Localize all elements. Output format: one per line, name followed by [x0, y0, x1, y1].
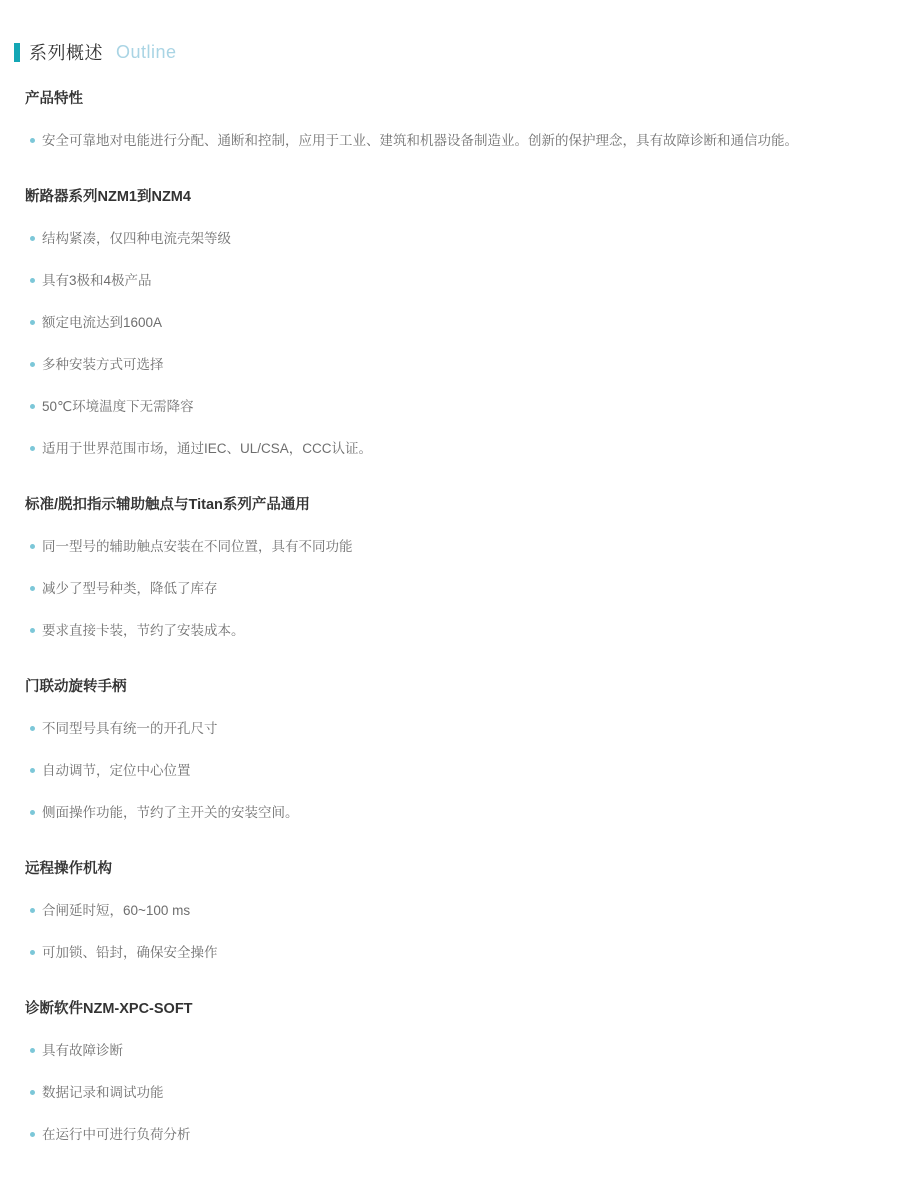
list-item: 安全可靠地对电能进行分配、通断和控制，应用于工业、建筑和机器设备制造业。创新的保… — [30, 131, 880, 151]
bullet-dot-icon — [30, 544, 35, 549]
bullet-dot-icon — [30, 810, 35, 815]
bullet-text: 在运行中可进行负荷分析 — [42, 1127, 191, 1142]
bullet-dot-icon — [30, 1132, 35, 1137]
section-heading: 产品特性 — [25, 89, 880, 109]
list-item: 50℃环境温度下无需降容 — [30, 397, 880, 417]
list-item: 数据记录和调试功能 — [30, 1083, 880, 1103]
bullet-text: 侧面操作功能，节约了主开关的安装空间。 — [42, 805, 299, 820]
feature-section: 诊断软件NZM-XPC-SOFT 具有故障诊断 数据记录和调试功能 在运行中可进… — [25, 999, 880, 1145]
content: 产品特性 安全可靠地对电能进行分配、通断和控制，应用于工业、建筑和机器设备制造业… — [14, 89, 880, 1145]
list-item: 自动调节，定位中心位置 — [30, 761, 880, 781]
section-heading: 远程操作机构 — [25, 859, 880, 879]
list-item: 合闸延时短，60~100 ms — [30, 901, 880, 921]
bullet-text: 50℃环境温度下无需降容 — [42, 399, 194, 414]
bullet-list: 安全可靠地对电能进行分配、通断和控制，应用于工业、建筑和机器设备制造业。创新的保… — [25, 131, 880, 151]
feature-section: 标准/脱扣指示辅助触点与Titan系列产品通用 同一型号的辅助触点安装在不同位置… — [25, 495, 880, 641]
page-title-english: Outline — [116, 42, 177, 63]
feature-section: 断路器系列NZM1到NZM4 结构紧凑，仅四种电流壳架等级 具有3极和4极产品 … — [25, 187, 880, 459]
list-item: 侧面操作功能，节约了主开关的安装空间。 — [30, 803, 880, 823]
list-item: 额定电流达到1600A — [30, 313, 880, 333]
page-header: 系列概述 Outline — [14, 41, 880, 63]
bullet-text: 额定电流达到1600A — [42, 315, 162, 330]
bullet-list: 结构紧凑，仅四种电流壳架等级 具有3极和4极产品 额定电流达到1600A 多种安… — [25, 229, 880, 459]
list-item: 适用于世界范围市场，通过IEC、UL/CSA，CCC认证。 — [30, 439, 880, 459]
bullet-dot-icon — [30, 1090, 35, 1095]
title-accent-bar-icon — [14, 43, 20, 62]
bullet-text: 结构紧凑，仅四种电流壳架等级 — [42, 231, 231, 246]
bullet-text: 同一型号的辅助触点安装在不同位置，具有不同功能 — [42, 539, 353, 554]
list-item: 减少了型号种类，降低了库存 — [30, 579, 880, 599]
bullet-text: 多种安装方式可选择 — [42, 357, 164, 372]
bullet-dot-icon — [30, 404, 35, 409]
section-heading: 门联动旋转手柄 — [25, 677, 880, 697]
bullet-text: 安全可靠地对电能进行分配、通断和控制，应用于工业、建筑和机器设备制造业。创新的保… — [42, 133, 798, 148]
section-heading: 断路器系列NZM1到NZM4 — [25, 187, 880, 207]
bullet-dot-icon — [30, 320, 35, 325]
bullet-dot-icon — [30, 1048, 35, 1053]
feature-section: 产品特性 安全可靠地对电能进行分配、通断和控制，应用于工业、建筑和机器设备制造业… — [25, 89, 880, 151]
bullet-list: 同一型号的辅助触点安装在不同位置，具有不同功能 减少了型号种类，降低了库存 要求… — [25, 537, 880, 641]
feature-section: 门联动旋转手柄 不同型号具有统一的开孔尺寸 自动调节，定位中心位置 侧面操作功能… — [25, 677, 880, 823]
list-item: 结构紧凑，仅四种电流壳架等级 — [30, 229, 880, 249]
bullet-text: 要求直接卡装，节约了安装成本。 — [42, 623, 245, 638]
bullet-dot-icon — [30, 768, 35, 773]
bullet-dot-icon — [30, 362, 35, 367]
section-heading: 标准/脱扣指示辅助触点与Titan系列产品通用 — [25, 495, 880, 515]
bullet-text: 可加锁、铅封，确保安全操作 — [42, 945, 218, 960]
list-item: 不同型号具有统一的开孔尺寸 — [30, 719, 880, 739]
list-item: 要求直接卡装，节约了安装成本。 — [30, 621, 880, 641]
bullet-list: 具有故障诊断 数据记录和调试功能 在运行中可进行负荷分析 — [25, 1041, 880, 1145]
bullet-dot-icon — [30, 446, 35, 451]
bullet-text: 具有3极和4极产品 — [42, 273, 152, 288]
bullet-dot-icon — [30, 950, 35, 955]
bullet-text: 适用于世界范围市场，通过IEC、UL/CSA，CCC认证。 — [42, 441, 372, 456]
bullet-text: 减少了型号种类，降低了库存 — [42, 581, 218, 596]
bullet-dot-icon — [30, 138, 35, 143]
section-heading: 诊断软件NZM-XPC-SOFT — [25, 999, 880, 1019]
bullet-dot-icon — [30, 278, 35, 283]
list-item: 可加锁、铅封，确保安全操作 — [30, 943, 880, 963]
list-item: 具有3极和4极产品 — [30, 271, 880, 291]
page-title: 系列概述 — [29, 39, 103, 65]
list-item: 多种安装方式可选择 — [30, 355, 880, 375]
bullet-dot-icon — [30, 236, 35, 241]
feature-section: 远程操作机构 合闸延时短，60~100 ms 可加锁、铅封，确保安全操作 — [25, 859, 880, 963]
bullet-text: 不同型号具有统一的开孔尺寸 — [42, 721, 218, 736]
bullet-dot-icon — [30, 726, 35, 731]
bullet-list: 合闸延时短，60~100 ms 可加锁、铅封，确保安全操作 — [25, 901, 880, 963]
bullet-text: 合闸延时短，60~100 ms — [42, 903, 190, 918]
bullet-text: 数据记录和调试功能 — [42, 1085, 164, 1100]
page: 系列概述 Outline 产品特性 安全可靠地对电能进行分配、通断和控制，应用于… — [0, 0, 900, 1194]
bullet-dot-icon — [30, 628, 35, 633]
bullet-dot-icon — [30, 908, 35, 913]
list-item: 同一型号的辅助触点安装在不同位置，具有不同功能 — [30, 537, 880, 557]
bullet-text: 具有故障诊断 — [42, 1043, 123, 1058]
bullet-list: 不同型号具有统一的开孔尺寸 自动调节，定位中心位置 侧面操作功能，节约了主开关的… — [25, 719, 880, 823]
list-item: 具有故障诊断 — [30, 1041, 880, 1061]
list-item: 在运行中可进行负荷分析 — [30, 1125, 880, 1145]
bullet-text: 自动调节，定位中心位置 — [42, 763, 191, 778]
bullet-dot-icon — [30, 586, 35, 591]
